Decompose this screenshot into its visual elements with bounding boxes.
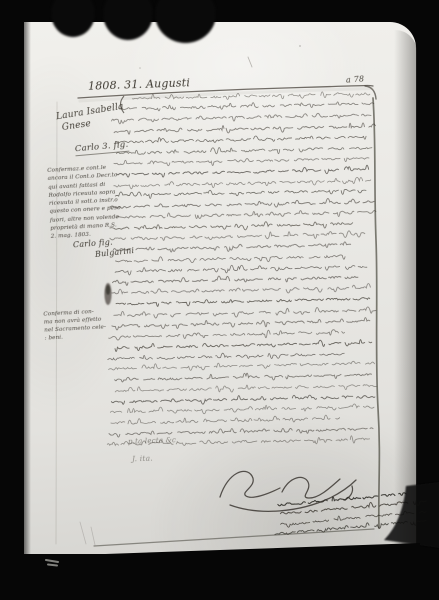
cursive-line — [278, 490, 407, 506]
cursive-line — [115, 371, 372, 384]
cursive-line — [114, 155, 369, 167]
signature-flourish — [220, 471, 356, 511]
cursive-line — [114, 122, 376, 135]
margin-note-upper: Confermaz.e cont.le ancora il Cont.o Dec… — [47, 163, 122, 241]
stray-tick — [248, 57, 252, 67]
cursive-line — [120, 100, 374, 112]
page-right-edge — [373, 98, 379, 528]
dust-speck — [299, 45, 301, 47]
margin-note-lower: Conferma di con- ma non avrà effetto nel… — [43, 307, 106, 342]
cursive-line — [115, 382, 376, 395]
cursive-line — [111, 393, 375, 406]
folio-number: a 78 — [346, 75, 365, 85]
cursive-line — [109, 329, 345, 341]
cursive-line — [115, 133, 366, 144]
cursive-line — [110, 403, 374, 416]
mount-bottom-cut — [20, 543, 420, 600]
incidental-marks — [80, 45, 301, 545]
cursive-line — [114, 306, 376, 320]
cursive-line — [115, 262, 367, 275]
closing-line-2: J. ita. — [132, 455, 153, 464]
cursive-line — [110, 198, 374, 211]
page-bottom-edge — [94, 529, 374, 546]
cursive-line — [108, 351, 345, 362]
cursive-line — [110, 230, 365, 243]
faint-strokes-bottom-left — [80, 522, 95, 545]
manuscript-ink-layer — [0, 0, 439, 600]
ink-smudge — [104, 283, 111, 305]
archive-photo: 1808. 31. Augusti a 78 Laura Isabella Gn… — [0, 0, 439, 600]
cursive-line — [112, 273, 357, 285]
dust-speck — [139, 67, 141, 69]
cursive-line — [116, 209, 376, 221]
cursive-line — [113, 242, 350, 254]
cursive-line — [116, 144, 371, 157]
cursive-line — [112, 317, 370, 330]
cursive-line — [117, 165, 369, 178]
cursive-line — [110, 220, 353, 233]
cursive-line — [115, 253, 345, 265]
cursive-line — [114, 177, 371, 190]
cursive-line — [112, 284, 371, 297]
cursive-line — [115, 187, 366, 199]
cursive-line — [109, 426, 373, 438]
cursive-line — [111, 112, 370, 124]
cursive-line — [108, 359, 374, 372]
cursive-line — [111, 414, 340, 425]
cursive-line — [116, 296, 370, 307]
cursive-line — [115, 339, 372, 352]
corner-shadow-wedge — [384, 482, 439, 548]
